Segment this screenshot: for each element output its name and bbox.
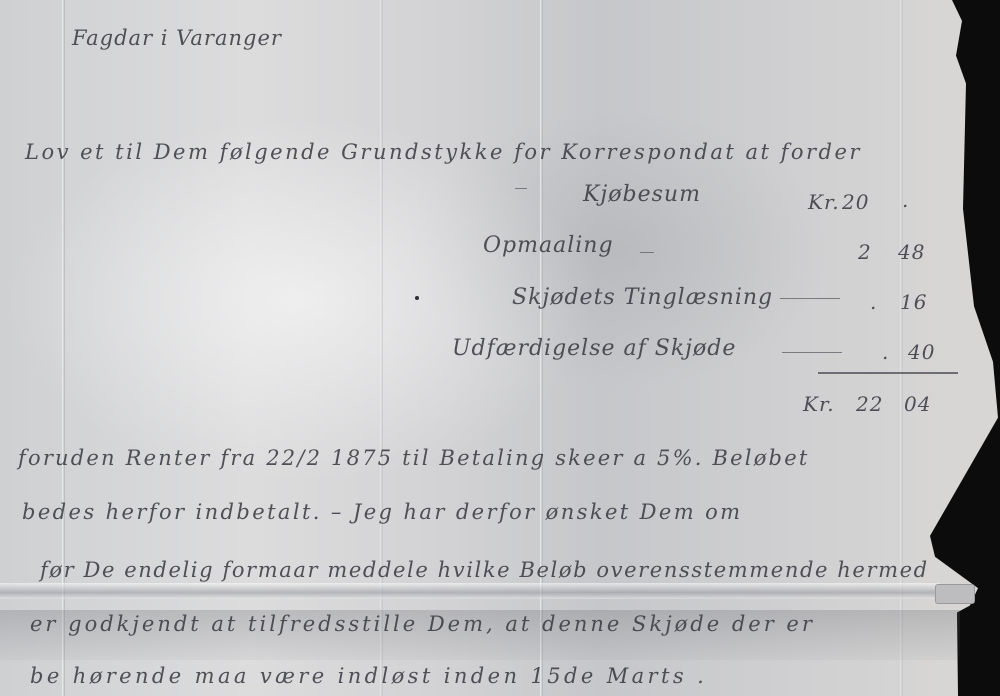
intro-line: Lov et til Dem følgende Grundstykke for … bbox=[25, 140, 862, 164]
ledger-item-whole: . bbox=[882, 340, 889, 364]
ledger-total-fraction: 04 bbox=[904, 392, 931, 416]
body-line: før De endelig formaar meddele hvilke Be… bbox=[40, 558, 929, 582]
ledger-item-label: Kjøbesum bbox=[583, 182, 701, 207]
ledger-total-whole: 22 bbox=[856, 392, 883, 416]
torn-paper-tab bbox=[935, 584, 975, 604]
ledger-dash bbox=[780, 298, 840, 299]
body-line: be hørende maa være indløst inden 15de M… bbox=[30, 664, 707, 688]
ledger-item-currency: Kr. bbox=[808, 190, 840, 214]
ledger-item-label: Opmaaling bbox=[483, 233, 614, 258]
ledger-item-label: Udfærdigelse af Skjøde bbox=[452, 336, 736, 361]
ledger-total-currency: Kr. bbox=[803, 392, 835, 416]
sum-rule bbox=[818, 372, 958, 374]
header-line: Fagdar i Varanger bbox=[72, 26, 282, 50]
ledger-dash bbox=[515, 188, 527, 189]
ledger-item-fraction: 16 bbox=[900, 290, 927, 314]
ledger-item-whole: . bbox=[870, 290, 877, 314]
ledger-item-fraction: 48 bbox=[898, 240, 925, 264]
body-line: bedes herfor indbetalt. – Jeg har derfor… bbox=[22, 500, 743, 524]
horizontal-fold-crease bbox=[0, 583, 940, 599]
ledger-item-fraction: . bbox=[902, 188, 909, 212]
ink-dot bbox=[415, 296, 419, 300]
ledger-item-label: Skjødets Tinglæsning bbox=[512, 285, 773, 310]
ledger-item-whole: 2 bbox=[858, 240, 872, 264]
ledger-dash bbox=[640, 252, 654, 253]
ledger-item-whole: 20 bbox=[842, 190, 869, 214]
body-line: foruden Renter fra 22/2 1875 til Betalin… bbox=[18, 446, 809, 470]
body-line: er godkjendt at tilfredsstille Dem, at d… bbox=[30, 612, 815, 636]
ledger-item-fraction: 40 bbox=[908, 340, 935, 364]
ledger-dash bbox=[782, 352, 842, 353]
photo-stage: Fagdar i Varanger Lov et til Dem følgend… bbox=[0, 0, 1000, 696]
